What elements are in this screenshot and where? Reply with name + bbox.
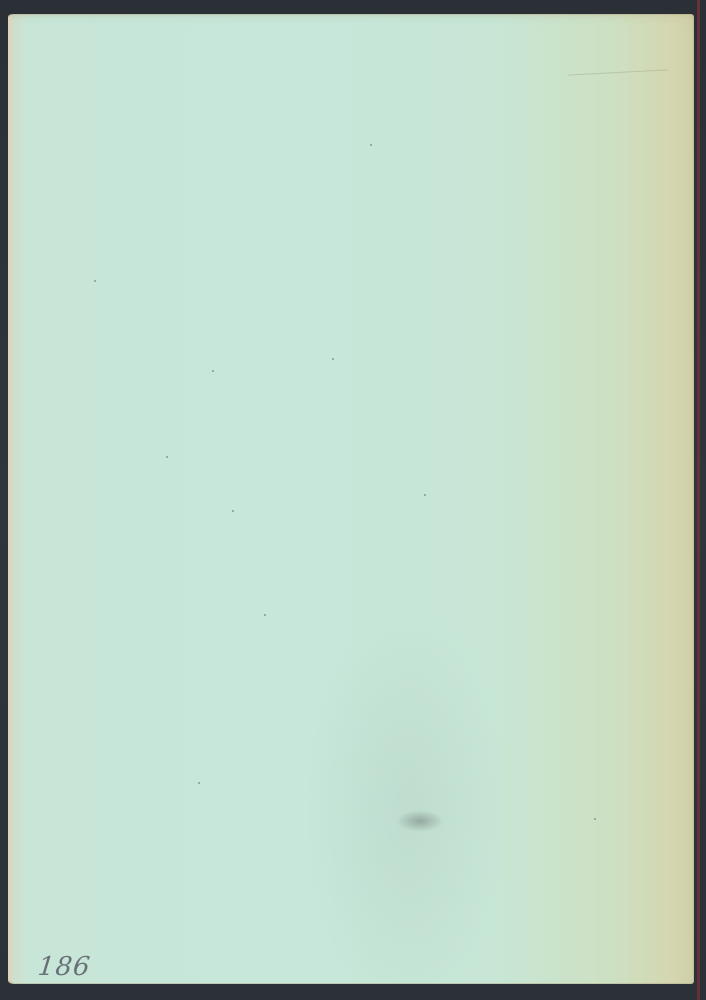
handwritten-page-number: 186	[36, 952, 92, 982]
paper-speck	[212, 370, 214, 372]
paper-smudge	[396, 810, 444, 832]
paper-speck	[370, 144, 372, 146]
document-page: 186	[8, 14, 694, 984]
paper-speck	[424, 494, 426, 496]
paper-speck	[594, 818, 596, 820]
scan-background: 186	[0, 0, 706, 1000]
paper-speck	[264, 614, 266, 616]
binding-edge-strip	[697, 0, 700, 1000]
paper-speck	[166, 456, 168, 458]
paper-crease	[568, 69, 668, 75]
paper-speck	[94, 280, 96, 282]
paper-speck	[332, 358, 334, 360]
paper-speck	[198, 782, 200, 784]
paper-speck	[232, 510, 234, 512]
